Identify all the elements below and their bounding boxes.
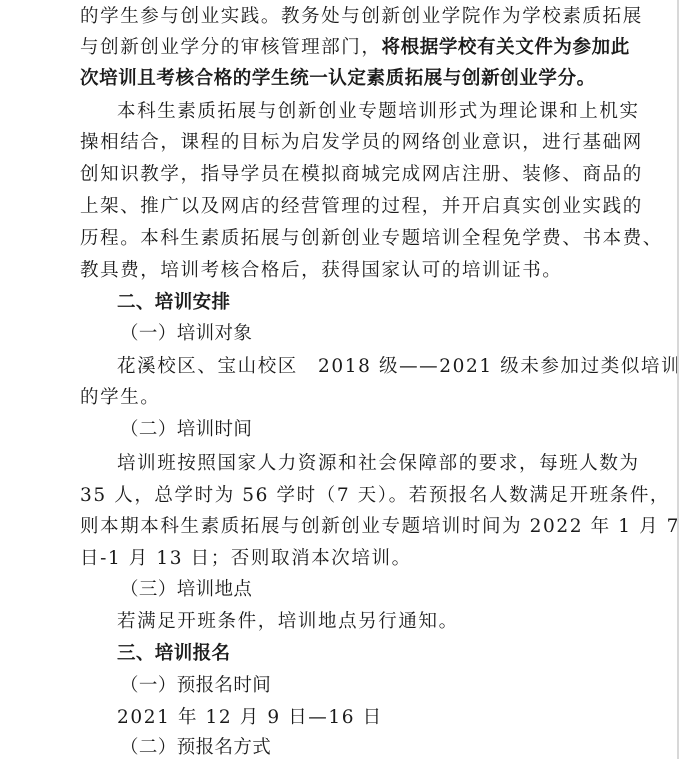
paragraph-line: 历程。本科生素质拓展与创新创业专题培训全程免学费、书本费、 <box>80 227 600 251</box>
document-page: 的学生参与创业实践。教务处与创新创业学院作为学校素质拓展 与创新创业学分的审核管… <box>0 0 677 759</box>
paragraph-line: 创知识教学，指导学员在模拟商城完成网店注册、装修、商品的 <box>80 163 600 187</box>
paragraph-line: 本科生素质拓展与创新创业专题培训形式为理论课和上机实 <box>117 100 637 124</box>
paragraph-line-bold: 次培训且考核合格的学生统一认定素质拓展与创新创业学分。 <box>80 67 600 91</box>
paragraph-line: 则本期本科生素质拓展与创新创业专题培训时间为 2022 年 1 月 7 <box>80 515 600 539</box>
section-heading: 三、培训报名 <box>117 642 637 666</box>
text-normal: 与创新创业学分的审核管理部门， <box>80 37 382 58</box>
subsection-heading: （三）培训地点 <box>120 578 640 602</box>
subsection-heading: （二）预报名方式 <box>120 736 640 759</box>
subsection-heading: （一）预报名时间 <box>120 674 640 698</box>
paragraph-line: 若满足开班条件，培训地点另行通知。 <box>117 610 637 634</box>
paragraph-line: 的学生。 <box>80 386 600 410</box>
text-bold: 将根据学校有关文件为参加此 <box>382 37 630 58</box>
paragraph-line: 教具费，培训考核合格后，获得国家认可的培训证书。 <box>80 259 600 283</box>
subsection-heading: （一）培训对象 <box>120 322 640 346</box>
subsection-heading: （二）培训时间 <box>120 418 640 442</box>
paragraph-line: 2021 年 12 月 9 日—16 日 <box>117 706 637 730</box>
paragraph-line: 35 人，总学时为 56 学时（7 天）。若预报名人数满足开班条件， <box>80 484 600 508</box>
paragraph-line: 与创新创业学分的审核管理部门，将根据学校有关文件为参加此 <box>80 36 600 60</box>
paragraph-line: 的学生参与创业实践。教务处与创新创业学院作为学校素质拓展 <box>80 5 600 29</box>
section-heading: 二、培训安排 <box>117 291 637 315</box>
paragraph-line: 操相结合，课程的目标为启发学员的网络创业意识，进行基础网 <box>80 131 600 155</box>
paragraph-line: 日-1 月 13 日；否则取消本次培训。 <box>80 547 600 571</box>
paragraph-line: 花溪校区、宝山校区 2018 级——2021 级未参加过类似培训 <box>117 355 637 379</box>
paragraph-line: 培训班按照国家人力资源和社会保障部的要求，每班人数为 <box>117 452 637 476</box>
paragraph-line: 上架、推广以及网店的经营管理的过程，并开启真实创业实践的 <box>80 195 600 219</box>
